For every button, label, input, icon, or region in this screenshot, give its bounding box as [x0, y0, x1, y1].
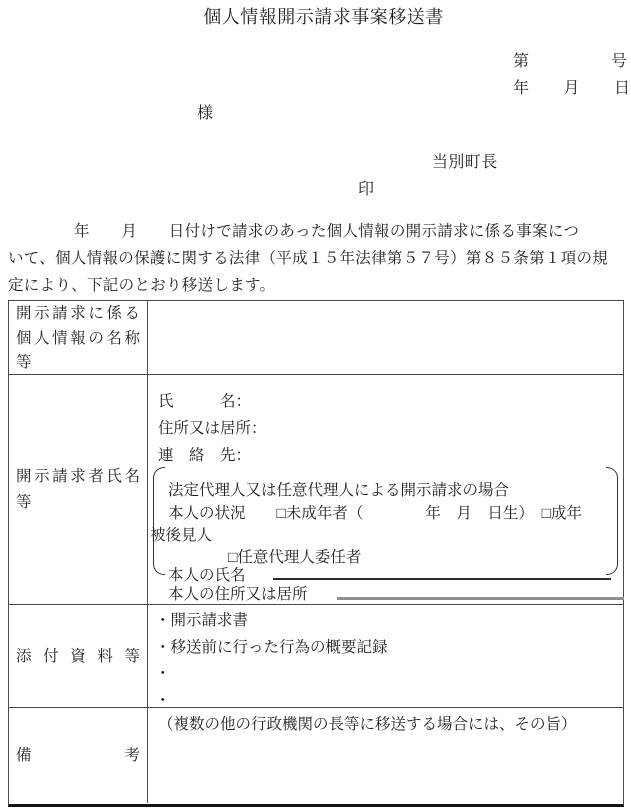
table-row-personal-info-name: 開示請求に係る 個人情報の名称 等: [9, 301, 623, 375]
voluntary-agent-checkbox-line: □任意代理人委任者: [228, 545, 361, 567]
label-line: 開示請求に係る: [16, 302, 140, 327]
label-line: 備考: [16, 743, 140, 769]
date-year-label: 年: [513, 75, 529, 98]
body-paragraph-line-1: 年 月 日付けで請求のあった個人情報の開示請求に係る事案につ: [74, 219, 579, 241]
representative-heading: 法定代理人又は任意代理人による開示請求の場合: [168, 478, 509, 500]
label-line: 個人情報の名称: [16, 327, 140, 352]
attachment-item: ・開示請求書: [155, 608, 388, 635]
doc-number-line: 第 号: [513, 48, 627, 71]
document-page: 個人情報開示請求事案移送書 第 号 年 月 日 様 当別町長 印 年 月 日付け…: [0, 0, 631, 811]
principal-address-underline: [337, 597, 624, 600]
table-row-requester: 開示請求者氏名 等 氏 名： 住所又は居所： 連 絡 先： 法定代理人又は任意代…: [9, 375, 623, 605]
principal-status-wrap-line: 被後見人: [150, 523, 212, 545]
requester-contact-block: 氏 名： 住所又は居所： 連 絡 先：: [158, 388, 267, 469]
attachment-item: ・移送前に行った行為の概要記録: [155, 635, 388, 662]
principal-address-label: 本人の住所又は居所: [168, 582, 308, 604]
right-bracket: [606, 467, 618, 575]
number-prefix: 第: [513, 48, 529, 71]
body-paragraph-line-3: 定により、下記のとおり移送します。: [8, 273, 275, 295]
addressee-honorific: 様: [197, 100, 213, 123]
table-row-remarks: 備考 （複数の他の行政機関の長等に移送する場合には、その旨）: [9, 708, 623, 803]
contact-field-label: 連 絡 先：: [158, 442, 267, 469]
label-line: 添付資料等: [16, 644, 140, 670]
seal-mark: 印: [358, 176, 374, 199]
cell-attachments: ・開示請求書 ・移送前に行った行為の概要記録 ・ ・: [148, 605, 623, 707]
attachment-item: ・: [155, 661, 388, 688]
info-table: 開示請求に係る 個人情報の名称 等 開示請求者氏名 等 氏 名： 住所又は居所：…: [8, 300, 624, 807]
label-line: 開示請求者氏名: [16, 464, 140, 490]
date-month-label: 月: [563, 75, 579, 98]
table-row-attachments: 添付資料等 ・開示請求書 ・移送前に行った行為の概要記録 ・ ・: [9, 605, 623, 708]
number-suffix: 号: [611, 48, 627, 71]
left-bracket: [153, 467, 165, 575]
attachment-list: ・開示請求書 ・移送前に行った行為の概要記録 ・ ・: [155, 608, 388, 714]
row-label-attachments: 添付資料等: [9, 605, 148, 707]
doc-title: 個人情報開示請求事案移送書: [0, 3, 631, 29]
row-label-requester-name: 開示請求者氏名 等: [9, 375, 148, 604]
body-paragraph-line-2: いて、個人情報の保護に関する法律（平成１５年法律第５７号）第８５条第１項の規: [8, 246, 608, 268]
cell-requester-details: 氏 名： 住所又は居所： 連 絡 先： 法定代理人又は任意代理人による開示請求の…: [148, 375, 623, 604]
remarks-note: （複数の他の行政機関の長等に移送する場合には、その旨）: [158, 712, 577, 734]
address-field-label: 住所又は居所：: [158, 415, 267, 442]
cell-remarks: （複数の他の行政機関の長等に移送する場合には、その旨）: [148, 708, 623, 803]
principal-name-underline: [273, 578, 611, 580]
principal-status-line: 本人の状況 □未成年者（ 年 月 日生） □成年: [168, 501, 582, 523]
label-line: 等: [16, 351, 140, 376]
label-line: 等: [16, 490, 140, 516]
sender-title: 当別町長: [432, 149, 498, 172]
name-field-label: 氏 名：: [158, 388, 267, 415]
row-label-personal-info-name: 開示請求に係る 個人情報の名称 等: [9, 301, 148, 374]
doc-date-line: 年 月 日: [513, 75, 630, 98]
date-day-label: 日: [614, 75, 630, 98]
row-label-remarks: 備考: [9, 708, 148, 803]
cell-personal-info-name-blank: [148, 301, 623, 374]
